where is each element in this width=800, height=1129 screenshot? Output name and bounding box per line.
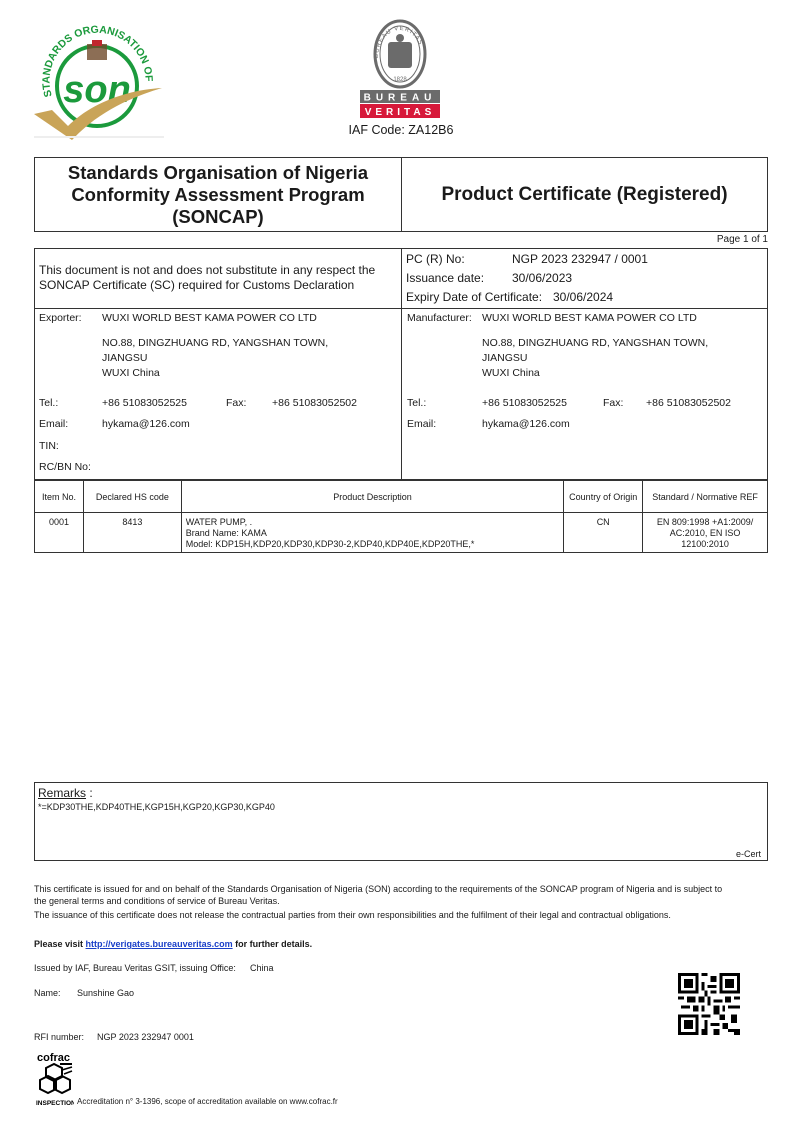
rfi-label: RFI number: (34, 1032, 84, 1043)
column-header: Declared HS code (83, 481, 181, 513)
svg-text:VERITAS: VERITAS (365, 107, 436, 118)
exporter-address-line: JIANGSU (102, 352, 148, 364)
cofrac-logo: cofrac INSPECTION (36, 1050, 74, 1108)
certificate-title: Product Certificate (Registered) (441, 184, 727, 206)
manufacturer-tel: +86 51083052525 (482, 397, 567, 409)
ecert-label: e-Cert (736, 849, 761, 859)
exporter-name: WUXI WORLD BEST KAMA POWER CO LTD (102, 312, 317, 324)
pc-number-value: NGP 2023 232947 / 0001 (512, 252, 648, 266)
footer-obligations: The issuance of this certificate does no… (34, 910, 671, 921)
column-header: Item No. (35, 481, 84, 513)
expiry-date-label: Expiry Date of Certificate: (406, 290, 542, 304)
manufacturer-label: Manufacturer: (407, 312, 472, 324)
normative-ref: EN 809:1998 +A1:2009/ AC:2010, EN ISO 12… (643, 513, 768, 553)
manufacturer-email: hykama@126.com (482, 418, 570, 430)
svg-text:son: son (63, 69, 131, 111)
exporter-address-line: WUXI China (102, 367, 160, 379)
accreditation-note: Accreditation n° 3-1396, scope of accred… (77, 1097, 338, 1106)
rfi-number: NGP 2023 232947 0001 (97, 1032, 194, 1043)
issued-by-office: China (250, 963, 274, 974)
manufacturer-address-line: WUXI China (482, 367, 540, 379)
manufacturer-name: WUXI WORLD BEST KAMA POWER CO LTD (482, 312, 697, 324)
column-header: Country of Origin (564, 481, 643, 513)
exporter-email-label: Email: (39, 418, 68, 430)
hs-code: 8413 (83, 513, 181, 553)
disclaimer-text: This document is not and does not substi… (39, 263, 395, 293)
footer-terms-line: the general terms and conditions of serv… (34, 896, 280, 907)
bureau-veritas-logo: BUREAU VERITAS 1828 BUREAU VERITAS (358, 18, 442, 120)
table-row: 0001 8413 WATER PUMP, . Brand Name: KAMA… (35, 513, 768, 553)
verigates-link[interactable]: http://verigates.bureauveritas.com (86, 939, 233, 949)
svg-text:BUREAU: BUREAU (364, 93, 437, 104)
issuance-date-value: 30/06/2023 (512, 271, 572, 285)
normative-ref-line: AC:2010, EN ISO (643, 528, 767, 539)
pc-number-label: PC (R) No: (406, 252, 465, 266)
program-title-box: Standards Organisation of Nigeria Confor… (34, 157, 402, 232)
normative-ref-line: 12100:2010 (643, 539, 767, 550)
iaf-code: IAF Code: ZA12B6 (346, 123, 456, 137)
verification-note: Please visit http://verigates.bureauveri… (34, 939, 312, 950)
exporter-email: hykama@126.com (102, 418, 190, 430)
program-title-line: Standards Organisation of Nigeria (68, 162, 368, 184)
description-line: WATER PUMP, . (186, 517, 563, 528)
expiry-date-value: 30/06/2024 (553, 290, 613, 304)
manufacturer-tel-label: Tel.: (407, 397, 426, 409)
exporter-label: Exporter: (39, 312, 82, 324)
svg-text:1828: 1828 (393, 77, 407, 83)
remarks-box: Remarks : *=KDP30THE,KDP40THE,KGP15H,KGP… (34, 782, 768, 861)
program-title-line: (SONCAP) (68, 206, 368, 228)
description-line: Model: KDP15H,KDP20,KDP30,KDP30-2,KDP40,… (186, 539, 563, 550)
description-line: Brand Name: KAMA (186, 528, 563, 539)
exporter-rcbn-label: RC/BN No: (39, 461, 91, 473)
manufacturer-email-label: Email: (407, 418, 436, 430)
manufacturer-fax-label: Fax: (603, 397, 623, 409)
certificate-title-box: Product Certificate (Registered) (401, 157, 768, 232)
son-logo: STANDARDS ORGANISATION OF NIGERIA son (30, 18, 165, 140)
program-title-line: Conformity Assessment Program (68, 184, 368, 206)
product-description: WATER PUMP, . Brand Name: KAMA Model: KD… (181, 513, 563, 553)
exporter-tin-label: TIN: (39, 440, 59, 452)
remarks-text: *=KDP30THE,KDP40THE,KGP15H,KGP20,KGP30,K… (38, 802, 275, 812)
exporter-tel: +86 51083052525 (102, 397, 187, 409)
issuance-date-label: Issuance date: (406, 271, 484, 285)
exporter-tel-label: Tel.: (39, 397, 58, 409)
exporter-fax: +86 51083052502 (272, 397, 357, 409)
product-table: Item No. Declared HS code Product Descri… (34, 480, 768, 553)
svg-text:cofrac: cofrac (37, 1052, 70, 1064)
manufacturer-address-line: JIANGSU (482, 352, 528, 364)
issued-by-label: Issued by IAF, Bureau Veritas GSIT, issu… (34, 963, 236, 974)
normative-ref-line: EN 809:1998 +A1:2009/ (643, 517, 767, 528)
signatory-name: Sunshine Gao (77, 988, 134, 999)
remarks-title: Remarks : (38, 786, 93, 800)
item-number: 0001 (35, 513, 84, 553)
certificate-info-table: This document is not and does not substi… (34, 248, 768, 480)
svg-text:INSPECTION: INSPECTION (36, 1100, 74, 1107)
product-table-header: Item No. Declared HS code Product Descri… (35, 481, 768, 513)
country-of-origin: CN (564, 513, 643, 553)
page-indicator: Page 1 of 1 (600, 234, 768, 245)
qr-code[interactable] (678, 973, 740, 1035)
column-header: Product Description (181, 481, 563, 513)
footer-terms-line: This certificate is issued for and on be… (34, 884, 722, 895)
name-label: Name: (34, 988, 61, 999)
exporter-fax-label: Fax: (226, 397, 246, 409)
manufacturer-address-line: NO.88, DINGZHUANG RD, YANGSHAN TOWN, (482, 337, 708, 349)
column-header: Standard / Normative REF (643, 481, 768, 513)
manufacturer-fax: +86 51083052502 (646, 397, 731, 409)
exporter-address-line: NO.88, DINGZHUANG RD, YANGSHAN TOWN, (102, 337, 328, 349)
